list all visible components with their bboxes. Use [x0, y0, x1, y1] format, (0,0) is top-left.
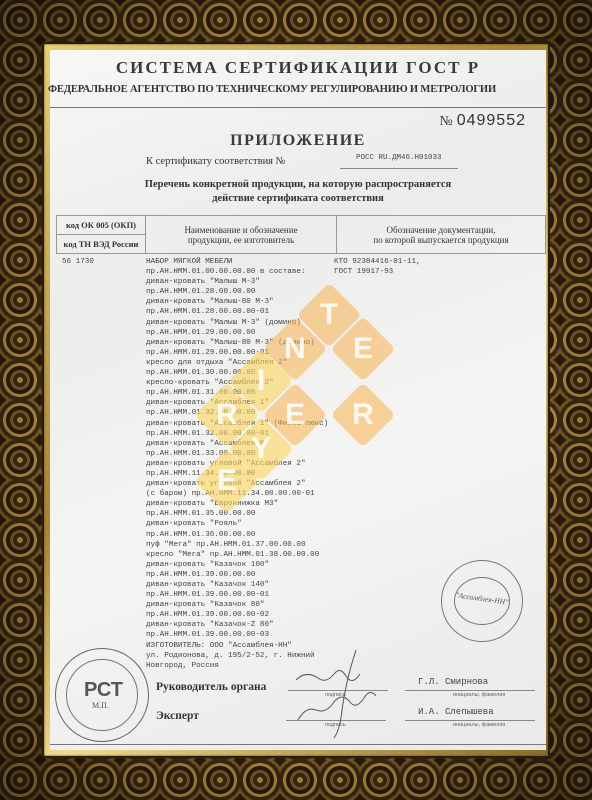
intro-line-1: Перечень конкретной продукции, на котору…: [50, 178, 546, 192]
watermark-letter: E: [340, 326, 386, 372]
watermark-letter: R: [340, 392, 386, 438]
system-title: СИСТЕМА СЕРТИФИКАЦИИ ГОСТ Р: [50, 58, 546, 78]
head-of-body-label: Руководитель органа: [156, 681, 266, 693]
header-tnved-code: код ТН ВЭД России: [57, 235, 146, 254]
expert-name: И.А. Слепышева: [418, 707, 494, 717]
okp-code-value: 56 1730: [62, 257, 94, 267]
certificate-document: СИСТЕМА СЕРТИФИКАЦИИ ГОСТ Р ФЕДЕРАЛЬНОЕ …: [50, 50, 546, 750]
product-line: диван-кровать "Ассамблея 1": [146, 398, 328, 408]
watermark-tile: [330, 382, 395, 447]
product-table-header: код ОК 005 (ОКП) Наименование и обозначе…: [56, 215, 546, 254]
product-line: диван-кровать "Ассамблея 1" (Финка-люкс): [146, 419, 328, 429]
product-line: диван-кровать "Малыш М-3": [146, 277, 328, 287]
product-list: НАБОР МЯГКОЙ МЕБЕЛИпр.АН.НММ.01.00.00.00…: [146, 257, 328, 671]
product-line: пр.АН.НММ.01.35.00.00.00: [146, 509, 328, 519]
certificate-ref-value: РОСС RU.ДМ46.Н01033: [356, 154, 442, 162]
header-divider: [50, 107, 546, 108]
header-product-name: Наименование и обозначение продукции, ее…: [146, 216, 337, 254]
product-line: диван-кровать угловой "Ассамблея 2": [146, 479, 328, 489]
form-number: № 0499552: [439, 112, 526, 130]
product-line: диван-кровать "Казачок-Z 80": [146, 620, 328, 630]
product-line: диван-кровать "Малыш-80 М-3": [146, 297, 328, 307]
product-line: кресло "Мега" пр.АН.НММ.01.38.00.00.00: [146, 550, 328, 560]
intro-line-2: действие сертификата соответствия: [50, 192, 546, 206]
product-line: пр.АН.НММ.01.00.00.00.00 в составе:: [146, 267, 328, 277]
product-line: пр.АН.НММ.01.32.00.00.00: [146, 408, 328, 418]
certificate-ref-underline: [340, 168, 458, 169]
product-line: (с баром) пр.АН.НММ.11.34.00.00.00-01: [146, 489, 328, 499]
product-line: пр.АН.НММ.01.39.00.00.00-03: [146, 630, 328, 640]
product-line: НАБОР МЯГКОЙ МЕБЕЛИ: [146, 257, 328, 267]
product-line: пр.АН.НММ.01.32.00.00.00-01: [146, 429, 328, 439]
expert-name-line: [405, 720, 535, 721]
product-line: пуф "Мега" пр.АН.НММ.01.37.00.00.00: [146, 540, 328, 550]
header-documentation: Обозначение документации, по которой вып…: [337, 216, 546, 254]
head-name-line: [405, 690, 535, 691]
header-docs-line2: по которой выпускается продукция: [337, 235, 545, 245]
product-line: пр.АН.НММ.01.28.00.00.00-01: [146, 307, 328, 317]
manufacturer-stamp: "Ассамблея-НН": [441, 560, 523, 642]
rst-logo-icon: РСТ: [84, 679, 123, 702]
header-product-name-line1: Наименование и обозначение: [146, 225, 336, 235]
product-line: пр.АН.НММ.11.34.00.00.00: [146, 469, 328, 479]
product-line: пр.АН.НММ.01.29.00.00.00-01: [146, 348, 328, 358]
product-line: пр.АН.НММ.01.33.00.00.00: [146, 449, 328, 459]
product-line: кресло для отдыха "Ассамблея 2": [146, 358, 328, 368]
product-line: пр.АН.НММ.01.39.00.00.00-01: [146, 590, 328, 600]
product-line: диван-кровать "Рояль": [146, 519, 328, 529]
product-line: диван-кровать "Казачок 80": [146, 600, 328, 610]
product-line: диван-кровать "Казачок 140": [146, 580, 328, 590]
header-okp-code: код ОК 005 (ОКП): [57, 216, 146, 235]
documentation-line: ГОСТ 19917-93: [334, 267, 421, 277]
agency-name: ФЕДЕРАЛЬНОЕ АГЕНТСТВО ПО ТЕХНИЧЕСКОМУ РЕ…: [48, 84, 546, 95]
product-line: пр.АН.НММ.01.31.00.00.00: [146, 388, 328, 398]
form-number-value: 0499552: [457, 112, 526, 129]
product-line: пр.АН.НММ.01.36.00.00.00: [146, 530, 328, 540]
head-name: Г.Л. Смирнова: [418, 677, 488, 687]
product-line: диван-кровать "Малыш М-3" (домино): [146, 318, 328, 328]
head-name-caption: инициалы, фамилия: [453, 692, 505, 698]
intro-text: Перечень конкретной продукции, на котору…: [50, 178, 546, 206]
bottom-divider: [50, 744, 546, 745]
product-line: диван-кровать "Ассамблея К": [146, 439, 328, 449]
product-line: пр.АН.НММ.01.30.00.00.00: [146, 368, 328, 378]
product-line: пр.АН.НММ.01.39.00.00.00: [146, 570, 328, 580]
product-line: диван-кровать "Казачок 100": [146, 560, 328, 570]
documentation-line: КТО 92384416-01-11,: [334, 257, 421, 267]
expert-label: Эксперт: [156, 710, 199, 722]
certificate-ref-label: К сертификату соответствия №: [146, 156, 286, 167]
certification-body-stamp: РСТ М.П.: [55, 648, 149, 742]
stamp-mp: М.П.: [92, 701, 109, 710]
product-line: пр.АН.НММ.01.39.00.00.00-02: [146, 610, 328, 620]
expert-name-caption: инициалы, фамилия: [453, 722, 505, 728]
header-docs-line1: Обозначение документации,: [337, 225, 545, 235]
watermark-tile: [330, 316, 395, 381]
number-sign: №: [439, 114, 452, 129]
product-line: диван-кровать "Еврокнижка М3": [146, 499, 328, 509]
product-line: пр.АН.НММ.01.29.00.00.00: [146, 328, 328, 338]
product-line: кресло-кровать "Ассамблея 2": [146, 378, 328, 388]
product-line: диван-кровать "Малыш-80 М-3" (домино): [146, 338, 328, 348]
product-line: диван-кровать угловой "Ассамблея 2": [146, 459, 328, 469]
header-product-name-line2: продукции, ее изготовитель: [146, 235, 336, 245]
documentation-list: КТО 92384416-01-11,ГОСТ 19917-93: [334, 257, 421, 277]
document-title: ПРИЛОЖЕНИЕ: [50, 132, 546, 150]
product-line: пр.АН.НММ.01.28.00.00.00: [146, 287, 328, 297]
handwritten-signatures: [286, 650, 396, 740]
